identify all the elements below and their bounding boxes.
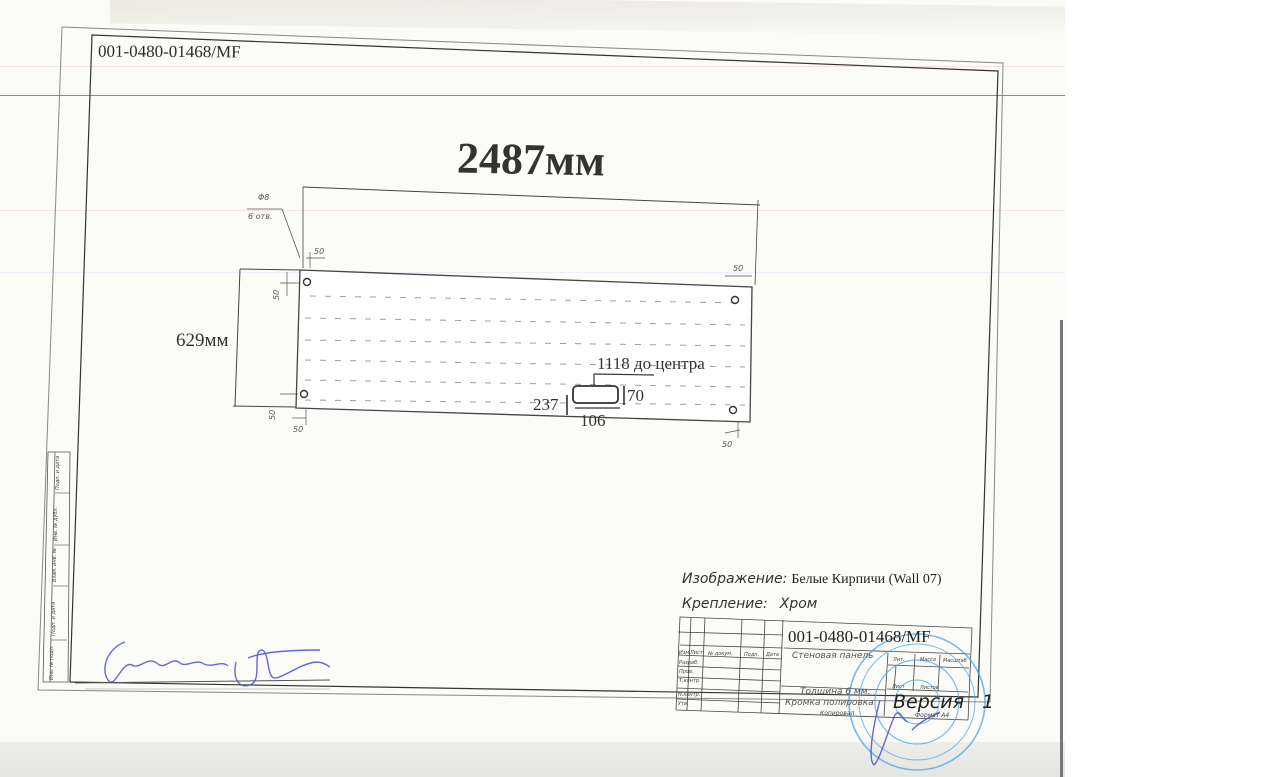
row-label-tcontrol: Т.контр. — [679, 678, 701, 684]
side-label-inv-dubl: Инв. № дубл. — [53, 507, 59, 541]
cutout-height: 70 — [627, 386, 644, 406]
col-header-izm: Изм. — [679, 650, 691, 656]
version-number: 1 — [982, 691, 994, 713]
document-code-header: 001-0480-01468/MF — [98, 42, 241, 63]
side-label-vzam-inv: Взам. инв. № — [52, 548, 58, 582]
side-label-inv-podl: Инв. № подл. — [49, 646, 55, 681]
drawing-sheet: 001-0480-01468/MF 2487мм 629мм Φ8 6 отв.… — [0, 0, 1065, 777]
col-header-list: Лист — [690, 650, 703, 656]
title-block-thickness: Толщина 6 мм. — [800, 687, 870, 697]
sheets-label: Листов — [920, 685, 939, 691]
spec-image-label: Изображение: — [682, 571, 787, 587]
spec-mount-label: Крепление: — [682, 596, 768, 612]
spec-mount-row: Крепление: Хром — [682, 595, 817, 613]
right-header-scale: Масштаб — [943, 658, 967, 664]
title-block-edge: Кромка полировка — [785, 698, 874, 708]
col-header-doc: № докум. — [708, 651, 733, 657]
offset-bottom-left-x: 50 — [293, 425, 303, 434]
side-label-podp-data-2: Подп. и дата — [55, 456, 61, 490]
spec-image-value: Белые Кирпичи (Wall 07) — [791, 572, 941, 587]
title-block-format-label: Формат А4 — [915, 712, 949, 719]
hole-diameter-note: Φ8 — [258, 193, 269, 202]
row-label-approved: Утв. — [678, 701, 689, 707]
cutout-position-label: 1118 до центра — [597, 354, 705, 374]
row-label-checked: Пров. — [679, 669, 694, 675]
title-block-product-name: Стеновая панель — [792, 651, 873, 661]
right-header-lit: Лит. — [893, 657, 905, 663]
offset-bottom-left-y: 50 — [268, 410, 277, 420]
cutout-width: 106 — [580, 411, 606, 431]
row-label-ncontrol: Н.контр. — [678, 692, 700, 698]
cutout-from-bottom: 237 — [533, 395, 559, 415]
offset-top-left-x: 50 — [314, 247, 324, 256]
hole-count-note: 6 отв. — [248, 212, 272, 221]
spec-image-row: Изображение: Белые Кирпичи (Wall 07) — [682, 570, 942, 588]
title-block-version: Версия 1 — [893, 691, 994, 713]
signature-scribble — [105, 642, 330, 686]
right-header-mass: Масса — [920, 657, 936, 663]
version-label: Версия — [893, 691, 964, 713]
offset-top-right-x: 50 — [733, 264, 743, 273]
col-header-date: Дата — [766, 652, 779, 658]
sheet-label: Лист — [892, 684, 905, 690]
row-label-developer: Разраб. — [679, 660, 699, 666]
overall-width-dimension: 2487мм — [456, 132, 605, 186]
offset-top-left-y: 50 — [272, 290, 281, 300]
side-label-podp-data-1: Подп. и дата — [51, 602, 57, 636]
overall-height-dimension: 629мм — [176, 330, 229, 352]
title-block-code: 001-0480-01468/MF — [788, 627, 931, 647]
offset-bottom-right-x: 50 — [722, 440, 732, 449]
spec-mount-value: Хром — [780, 596, 818, 612]
title-block-copy-label: Копировал — [820, 710, 854, 717]
col-header-sign: Подп. — [744, 652, 759, 658]
